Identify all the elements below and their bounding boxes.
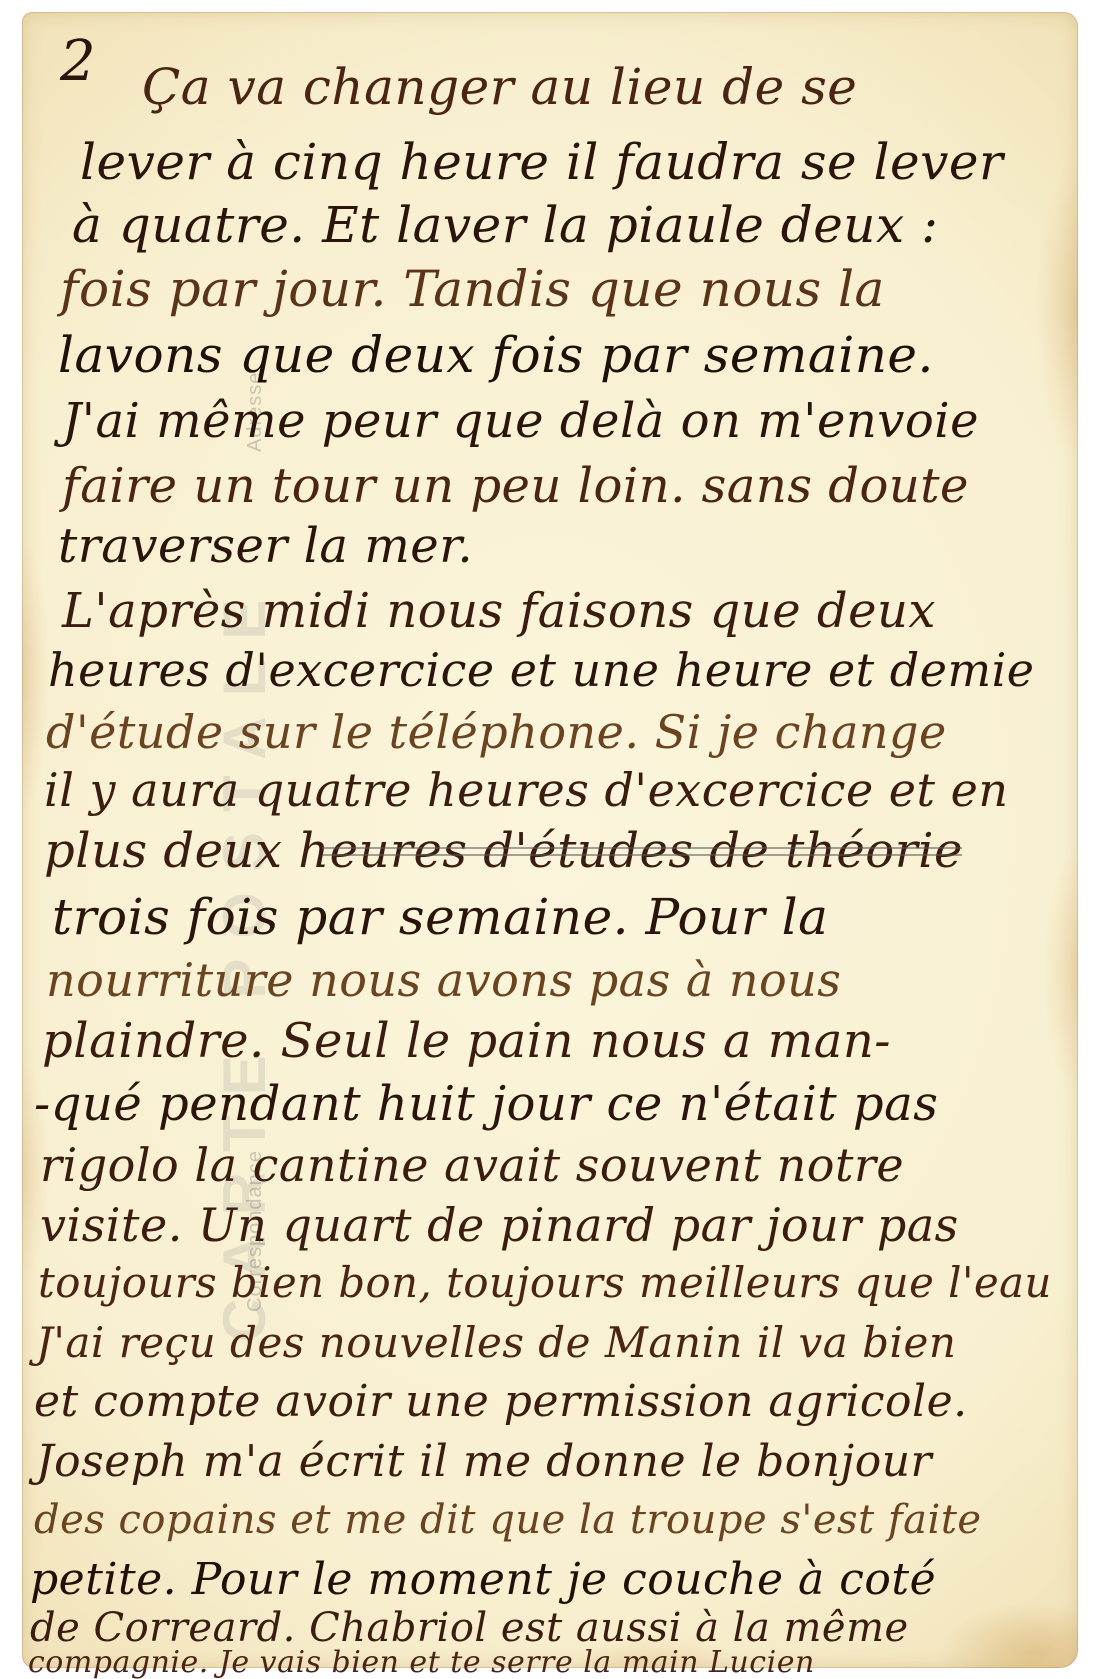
handwritten-line: fois par jour. Tandis que nous la [60, 264, 885, 314]
handwritten-line: plaindre. Seul le pain nous a man- [42, 1017, 891, 1065]
handwritten-line: J'ai même peur que delà on m'envoie [62, 397, 979, 445]
handwritten-line: J'ai reçu des nouvelles de Manin il va b… [36, 1322, 956, 1364]
handwritten-line: lever à cinq heure il faudra se lever [80, 137, 1003, 187]
handwritten-line: heures d'excercice et une heure et demie [48, 647, 1035, 693]
handwritten-line: Ça va changer au lieu de se [142, 62, 857, 112]
handwritten-line: des copains et me dit que la troupe s'es… [34, 1500, 982, 1540]
handwritten-line: à quatre. Et laver la piaule deux : [72, 200, 938, 250]
handwritten-line: trois fois par semaine. Pour la [52, 892, 828, 942]
handwritten-line: il y aura quatre heures d'excercice et e… [44, 767, 1008, 813]
handwritten-line: L'après midi nous faisons que deux [62, 587, 936, 635]
handwritten-line: et compte avoir une permission agricole. [34, 1380, 968, 1424]
strikethrough-line [322, 847, 962, 849]
handwritten-line: rigolo la cantine avait souvent notre [40, 1142, 904, 1188]
handwritten-line: petite. Pour le moment je couche à coté [30, 1558, 936, 1602]
handwritten-line: faire un tour un peu loin. sans doute [62, 462, 969, 510]
handwritten-line: traverser la mer. [58, 522, 473, 570]
handwritten-line: visite. Un quart de pinard par jour pas [40, 1202, 959, 1248]
handwritten-line: de Correard. Chabriol est aussi à la mêm… [30, 1608, 909, 1648]
handwritten-line: -qué pendant huit jour ce n'était pas [34, 1080, 938, 1128]
handwritten-line: Joseph m'a écrit il me donne le bonjour [36, 1440, 932, 1484]
handwritten-line: nourriture nous avons pas à nous [46, 957, 841, 1003]
strikethrough-line [322, 854, 962, 856]
handwritten-letter: Ça va changer au lieu de selever à cinq … [22, 12, 1078, 1668]
handwritten-line: lavons que deux fois par semaine. [58, 330, 934, 380]
postcard: CARTE POSTALE Correspondance Adresse 2 Ç… [22, 12, 1078, 1668]
handwritten-line: toujours bien bon, toujours meilleurs qu… [38, 1262, 1052, 1304]
handwritten-line: d'étude sur le téléphone. Si je change [46, 709, 947, 755]
handwritten-line: plus deux heures d'études de théorie [44, 827, 963, 875]
handwritten-line: compagnie. Je vais bien et te serre la m… [28, 1648, 815, 1678]
